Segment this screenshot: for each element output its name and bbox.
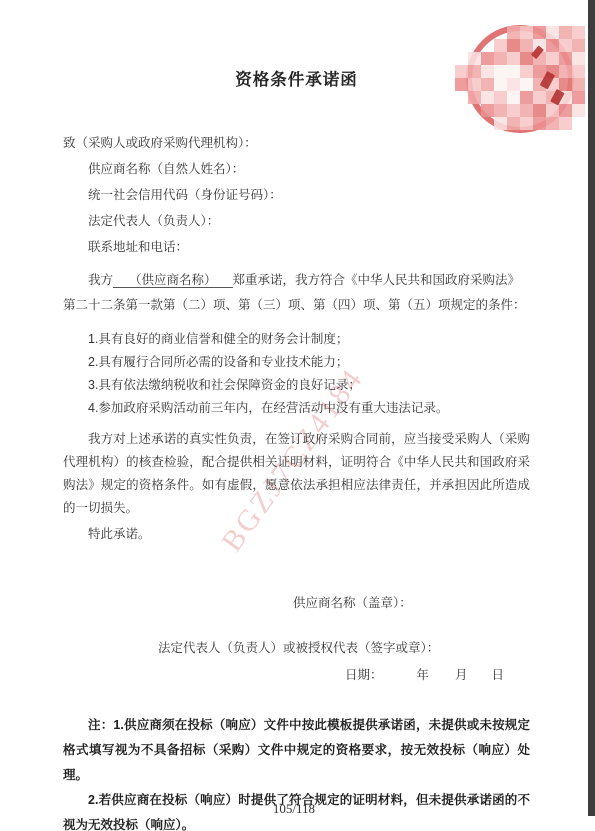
date-line: 日期：年月日 <box>63 664 530 687</box>
stamp-icon <box>450 22 585 140</box>
note-item-1: 注：1.供应商须在投标（响应）文件中按此模板提供承诺函，未提供或未按规定格式填写… <box>63 713 530 788</box>
date-year-label: 年 <box>417 668 430 682</box>
field-supplier-name: 供应商名称（自然人姓名）： <box>63 156 530 182</box>
intro-law-clause: 第二十二条第一款第（二）项、第（三）项、第（四）项、第（五）项规定的条件： <box>63 298 526 312</box>
page-number: 105/118 <box>0 801 588 817</box>
condition-item-3: 3.具有依法缴纳税收和社会保障资金的良好记录； <box>63 374 530 397</box>
intro-commitment: 郑重承诺，我方符合《中华人民共和国政府采购法》 <box>233 273 521 287</box>
declaration-paragraph: 我方对上述承诺的真实性负责，在签订政府采购合同前，应当接受采购人（采购代理机构）… <box>63 428 530 520</box>
date-day-label: 日 <box>492 668 505 682</box>
intro-prefix: 我方 <box>88 273 113 287</box>
condition-item-2: 2.具有履行合同所必需的设备和专业技术能力； <box>63 351 530 374</box>
supplier-name-blank: （供应商名称） <box>113 273 233 288</box>
condition-item-4: 4.参加政府采购活动前三年内，在经营活动中没有重大违法记录。 <box>63 397 530 420</box>
field-credit-code: 统一社会信用代码（身份证号码）： <box>63 182 530 208</box>
field-legal-representative: 法定代表人（负责人）： <box>63 208 530 234</box>
red-official-stamp-pixelated <box>450 22 585 140</box>
field-contact: 联系地址和电话： <box>63 234 530 260</box>
supplier-seal-line: 供应商名称（盖章）： <box>63 592 530 615</box>
date-label: 日期： <box>345 668 383 682</box>
document-page: BGZJ7CZ4184 资格条件承诺函 致（采购人或政府采购代理机构）： <box>0 0 595 831</box>
conditions-list: 1.具有良好的商业信誉和健全的财务会计制度； 2.具有履行合同所必需的设备和专业… <box>63 328 530 420</box>
closing-line: 特此承诺。 <box>63 523 530 546</box>
condition-item-1: 1.具有良好的商业信誉和健全的财务会计制度； <box>63 328 530 351</box>
date-month-label: 月 <box>455 668 468 682</box>
representative-signature-line: 法定代表人（负责人）或被授权代表（签字或章）： <box>63 637 530 660</box>
intro-paragraph: 我方（供应商名称）郑重承诺，我方符合《中华人民共和国政府采购法》第二十二条第一款… <box>63 268 530 318</box>
